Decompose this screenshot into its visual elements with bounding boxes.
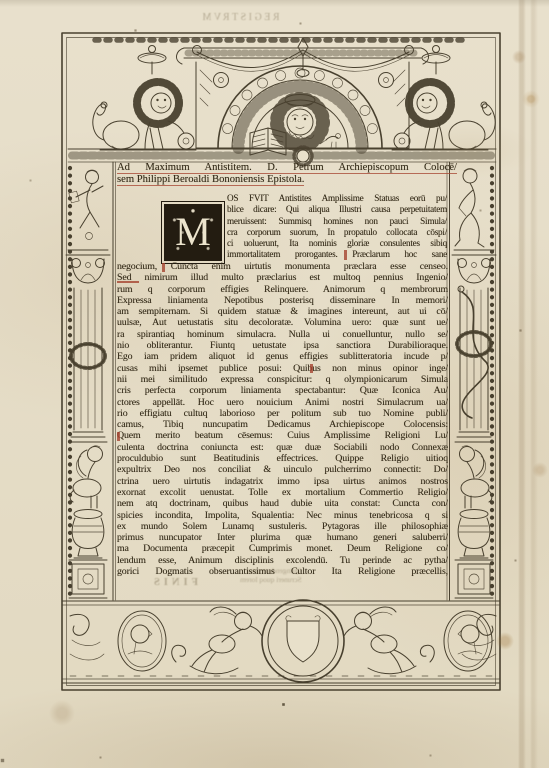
sphinx-left-icon (70, 446, 102, 508)
column-base-right (455, 432, 493, 442)
body-text-line: ex mundo Solem Lunamq sustuleris. Pytago… (117, 521, 448, 532)
body-text-line: meruissent: Summisq homines non pauci Si… (227, 216, 447, 227)
body-text-line: cra corporum suorum, In propatulo colloc… (227, 227, 447, 238)
body-text-line: am sempiternam. Si quidem statuæ & imagi… (117, 306, 448, 317)
nude-figure-top-right-icon (455, 169, 484, 248)
body-text-line: nii mei similitudo expressa conspicitur:… (117, 374, 448, 385)
profile-head-medallion-right-icon (444, 611, 492, 671)
body-text-line: ma Documenta præcepit Cumprimis monet. D… (117, 543, 448, 554)
body-text-line: Quem merito beatum cēsemus: Cuius Amplis… (117, 430, 448, 441)
body-text-line: blice dicare: Qui aliqua Illustri causa … (227, 204, 447, 215)
body-text-line: proculdubio sunt Beatitudinis effectrice… (117, 453, 448, 464)
rubrication-mark (162, 263, 165, 272)
body-text-line: uulsæ, Aut uetustatis situ decoloratæ. V… (117, 317, 448, 328)
body-text-line: immortalitatem prorogantes. Præclarum ho… (227, 249, 447, 260)
bottom-frieze (62, 600, 500, 683)
pedestal-right (455, 560, 493, 598)
body-text-line: culenta doctrina coniuncta est: quæ duæ … (117, 442, 448, 453)
body-text-line: ra spirantiaq hominum simulacra. Nulla u… (117, 329, 448, 340)
right-border-column (447, 162, 496, 600)
body-text-line: cris perfecta corporum liniamenta specta… (117, 385, 448, 396)
capital-right-icon (452, 250, 496, 283)
putto-top-left-icon (69, 170, 103, 240)
profile-head-medallion-left-icon (118, 611, 166, 671)
body-text-line: rum q corporum effigies Relinquere. Anim… (117, 284, 448, 295)
acanthus-curl-left (70, 614, 104, 660)
acanthus-curl-right (462, 614, 496, 660)
woodcut-initial-M: M (164, 204, 222, 261)
rubrication-mark (117, 432, 120, 441)
lion-right-icon (392, 46, 495, 151)
body-text-line: nio obliterantur. Fiuntq uetustate ipsa … (117, 340, 448, 351)
heading-line-2: sem Philippi Beroaldi Bononiensis Episto… (117, 174, 457, 186)
body-text-line: rio effigiatu cultuq laborioso per polit… (117, 408, 448, 419)
body-text-line: ctores appellāt. Hoc uero nouicium Animi… (117, 397, 448, 408)
winged-putto-bottom-right-icon (344, 607, 414, 672)
winged-putto-bottom-left-icon (192, 607, 262, 672)
scanned-book-page: REGISTRVM (0, 0, 549, 768)
bleedthrough-finis: FINIS (150, 577, 198, 588)
heading-text: Ad Maximum Antistitem. D. Petrum Archiep… (117, 162, 457, 174)
column-base-left (69, 432, 107, 442)
heading-text: sem Philippi Beroaldi Bononiensis Episto… (117, 174, 304, 186)
body-text-line: camus, Tibiq nuncupatim Dedicamus Archie… (117, 419, 448, 430)
capital-left-icon (66, 250, 110, 283)
pedestal-left (69, 560, 107, 598)
body-text-line: lendum esse, Animum disciplinis excolend… (117, 555, 448, 566)
body-text-line: exornat excolit uenustat. Tolle ex morta… (117, 487, 448, 498)
epistle-heading: Ad Maximum Antistitem. D. Petrum Archiep… (117, 162, 457, 185)
garland-swag-icon (193, 38, 414, 77)
body-text-full: negocium, Cuncta enim uirtutis monumenta… (117, 261, 448, 577)
sphinx-right-icon (460, 446, 492, 508)
column-shaft-left (74, 288, 102, 430)
body-text-line: nem atq doctrinam, quibus haud dubie uit… (117, 498, 448, 509)
urn-left-icon (72, 510, 104, 559)
lion-left-icon (93, 46, 196, 151)
body-text-line: negocium, Cuncta enim uirtutis monumenta… (117, 261, 448, 272)
rubrication-underline (117, 281, 139, 283)
body-text-line: ci uoluerunt, Ita nominis gloriæ consule… (227, 238, 447, 249)
sun-face-icon (277, 95, 323, 146)
rubrication-mark (344, 250, 347, 260)
body-text-line: spicies incondita, Impolita, Squalentia:… (117, 510, 448, 521)
body-text-line: Sed nimirum illud multo præclarius est m… (117, 272, 448, 283)
body-text-line: OS FVIT Antistites Amplissime Statuas eo… (227, 193, 447, 204)
body-text-line: primus nuncupator Inter plurima quæ huma… (117, 532, 448, 543)
body-text-line: gorici Dogmatis obseruantissimus Cultor … (117, 566, 448, 577)
heading-line-1: Ad Maximum Antistitem. D. Petrum Archiep… (117, 162, 457, 174)
urn-right-icon (458, 510, 490, 559)
body-text-line: ctrina uero uirtutis indagatrix immo ips… (117, 476, 448, 487)
body-text-line: cusas mihi ipsemet publice posui: Quibus… (117, 363, 448, 374)
body-text-indented: OS FVIT Antistites Amplissime Statuas eo… (227, 193, 447, 261)
body-text-line: Ego iam pridem aliquot id genus effigies… (117, 351, 448, 362)
body-text-line: expultrix Deo nos conciliat & uinculo pu… (117, 464, 448, 475)
body-text-line: Expressa liniamenta Nepotibus posterisq … (117, 295, 448, 306)
rubrication-mark (310, 364, 313, 373)
empty-shield-medallion-icon (262, 600, 344, 682)
left-border-column (66, 162, 116, 600)
